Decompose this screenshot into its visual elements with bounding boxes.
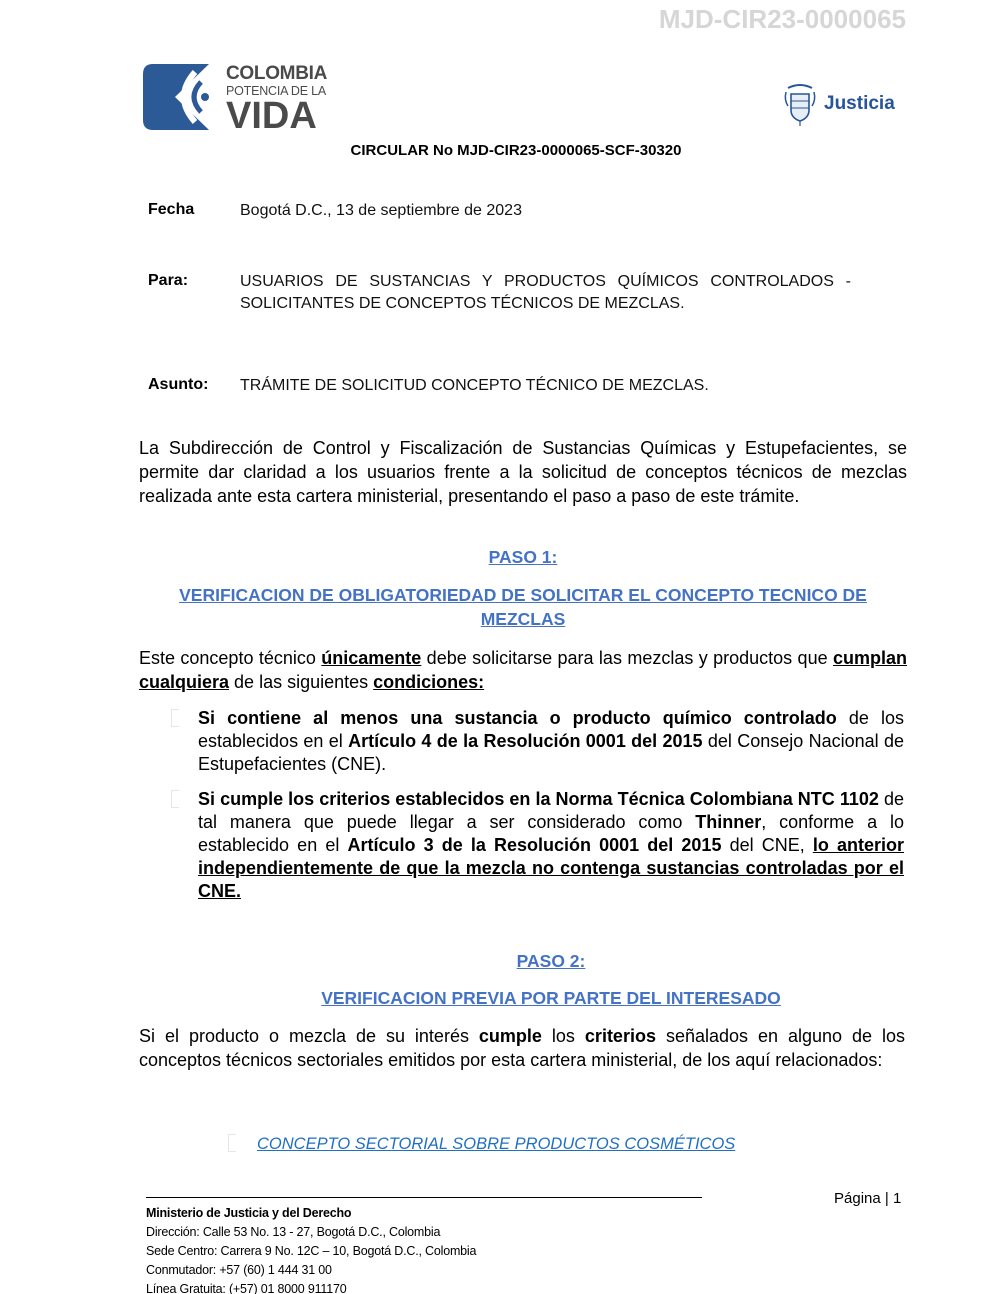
colombia-potencia-de-la-vida-logo: COLOMBIA POTENCIA DE LA VIDA — [143, 64, 333, 132]
coat-of-arms-icon — [782, 82, 818, 126]
colombia-logo-icon — [143, 64, 209, 130]
footer-org: Ministerio de Justicia y del Derecho — [146, 1204, 476, 1223]
para-label: Para: — [148, 272, 188, 290]
paso2-title: PASO 2: — [167, 949, 935, 973]
asunto-label: Asunto: — [148, 376, 208, 394]
bullet-icon — [228, 1134, 236, 1152]
paso2-subtitle: VERIFICACION PREVIA POR PARTE DEL INTERE… — [167, 986, 935, 1010]
bullet-icon — [171, 790, 179, 808]
circular-number: CIRCULAR No MJD-CIR23-0000065-SCF-30320 — [0, 142, 1000, 159]
logo-line-vida: VIDA — [226, 99, 327, 133]
paso1-title: PASO 1: — [139, 545, 907, 569]
fecha-value: Bogotá D.C., 13 de septiembre de 2023 — [240, 200, 851, 222]
paso1-subtitle: VERIFICACION DE OBLIGATORIEDAD DE SOLICI… — [150, 583, 896, 631]
footer-toll-free: Línea Gratuita: (+57) 01 8000 911170 — [146, 1280, 476, 1294]
justicia-label: Justicia — [824, 93, 895, 115]
footer-divider — [146, 1197, 702, 1198]
footer-address: Dirección: Calle 53 No. 13 - 27, Bogotá … — [146, 1223, 476, 1242]
footer-phone: Conmutador: +57 (60) 1 444 31 00 — [146, 1261, 476, 1280]
footer-sede: Sede Centro: Carrera 9 No. 12C – 10, Bog… — [146, 1242, 476, 1261]
footer-contact: Ministerio de Justicia y del Derecho Dir… — [146, 1204, 476, 1294]
page-number: Página | 1 — [834, 1190, 901, 1207]
intro-paragraph: La Subdirección de Control y Fiscalizaci… — [139, 436, 907, 508]
condition-item: Si contiene al menos una sustancia o pro… — [198, 707, 904, 776]
bullet-icon — [171, 709, 179, 727]
concepto-cosmeticos-link[interactable]: CONCEPTO SECTORIAL SOBRE PRODUCTOS COSMÉ… — [257, 1135, 735, 1154]
condition-item: Si cumple los criterios establecidos en … — [198, 788, 904, 903]
para-value: USUARIOS DE SUSTANCIAS Y PRODUCTOS QUÍMI… — [240, 271, 851, 315]
document-id-watermark: MJD-CIR23-0000065 — [659, 4, 906, 35]
paso1-lead: Este concepto técnico únicamente debe so… — [139, 646, 907, 694]
justicia-logo: Justicia — [782, 82, 895, 126]
fecha-label: Fecha — [148, 201, 194, 219]
logo-line-colombia: COLOMBIA — [226, 64, 327, 83]
asunto-value: TRÁMITE DE SOLICITUD CONCEPTO TÉCNICO DE… — [240, 375, 851, 397]
paso2-lead: Si el producto o mezcla de su interés cu… — [139, 1024, 905, 1072]
